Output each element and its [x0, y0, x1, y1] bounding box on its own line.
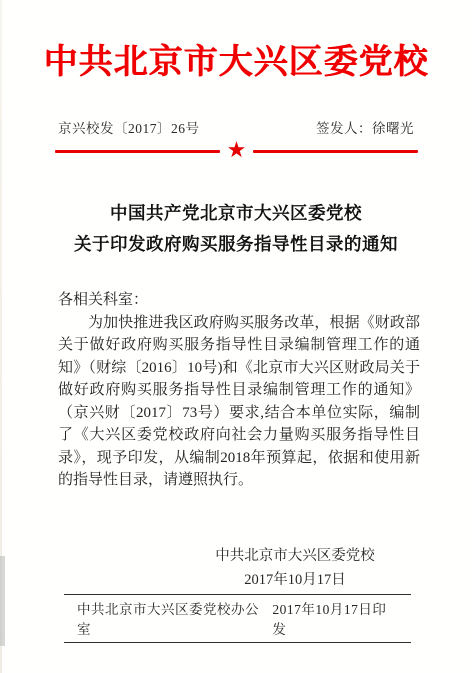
signer-name: 徐曙光	[372, 121, 414, 136]
signer-label: 签发人：	[316, 121, 372, 136]
document-body: 各相关科室： 为加快推进我区政府购买服务改革，根据《财政部关于做好政府购买服务指…	[58, 289, 420, 492]
signer: 签发人：徐曙光	[316, 117, 414, 137]
scan-smudge	[0, 556, 5, 646]
document-info-row: 京兴校发〔2017〕26号 签发人：徐曙光	[58, 117, 414, 137]
red-divider-rule: ★	[55, 140, 418, 162]
footer-print-date: 2017年10月17日印发	[272, 598, 400, 638]
red-rule-left-segment	[55, 150, 220, 153]
signature-date: 2017年10月17日	[170, 568, 420, 592]
letterhead-org-title: 中共北京市大兴区委党校	[0, 34, 472, 83]
document-number: 京兴校发〔2017〕26号	[58, 117, 200, 137]
red-rule-right-segment	[253, 150, 418, 153]
document-title-line1: 中国共产党北京市大兴区委党校	[0, 198, 472, 229]
document-title: 中国共产党北京市大兴区委党校 关于印发政府购买服务指导性目录的通知	[0, 198, 472, 260]
body-paragraph: 为加快推进我区政府购买服务改革，根据《财政部关于做好政府购买服务指导性目录编制管…	[58, 312, 420, 492]
footer-office: 中共北京市大兴区委党校办公室	[77, 598, 272, 638]
signature-org: 中共北京市大兴区委党校	[170, 544, 420, 568]
footer-imprint-bar: 中共北京市大兴区委党校办公室 2017年10月17日印发	[64, 594, 411, 643]
signature-block: 中共北京市大兴区委党校 2017年10月17日	[170, 544, 420, 592]
addressee-line: 各相关科室：	[58, 289, 420, 312]
star-icon: ★	[220, 139, 254, 161]
document-title-line2: 关于印发政府购买服务指导性目录的通知	[0, 229, 472, 260]
